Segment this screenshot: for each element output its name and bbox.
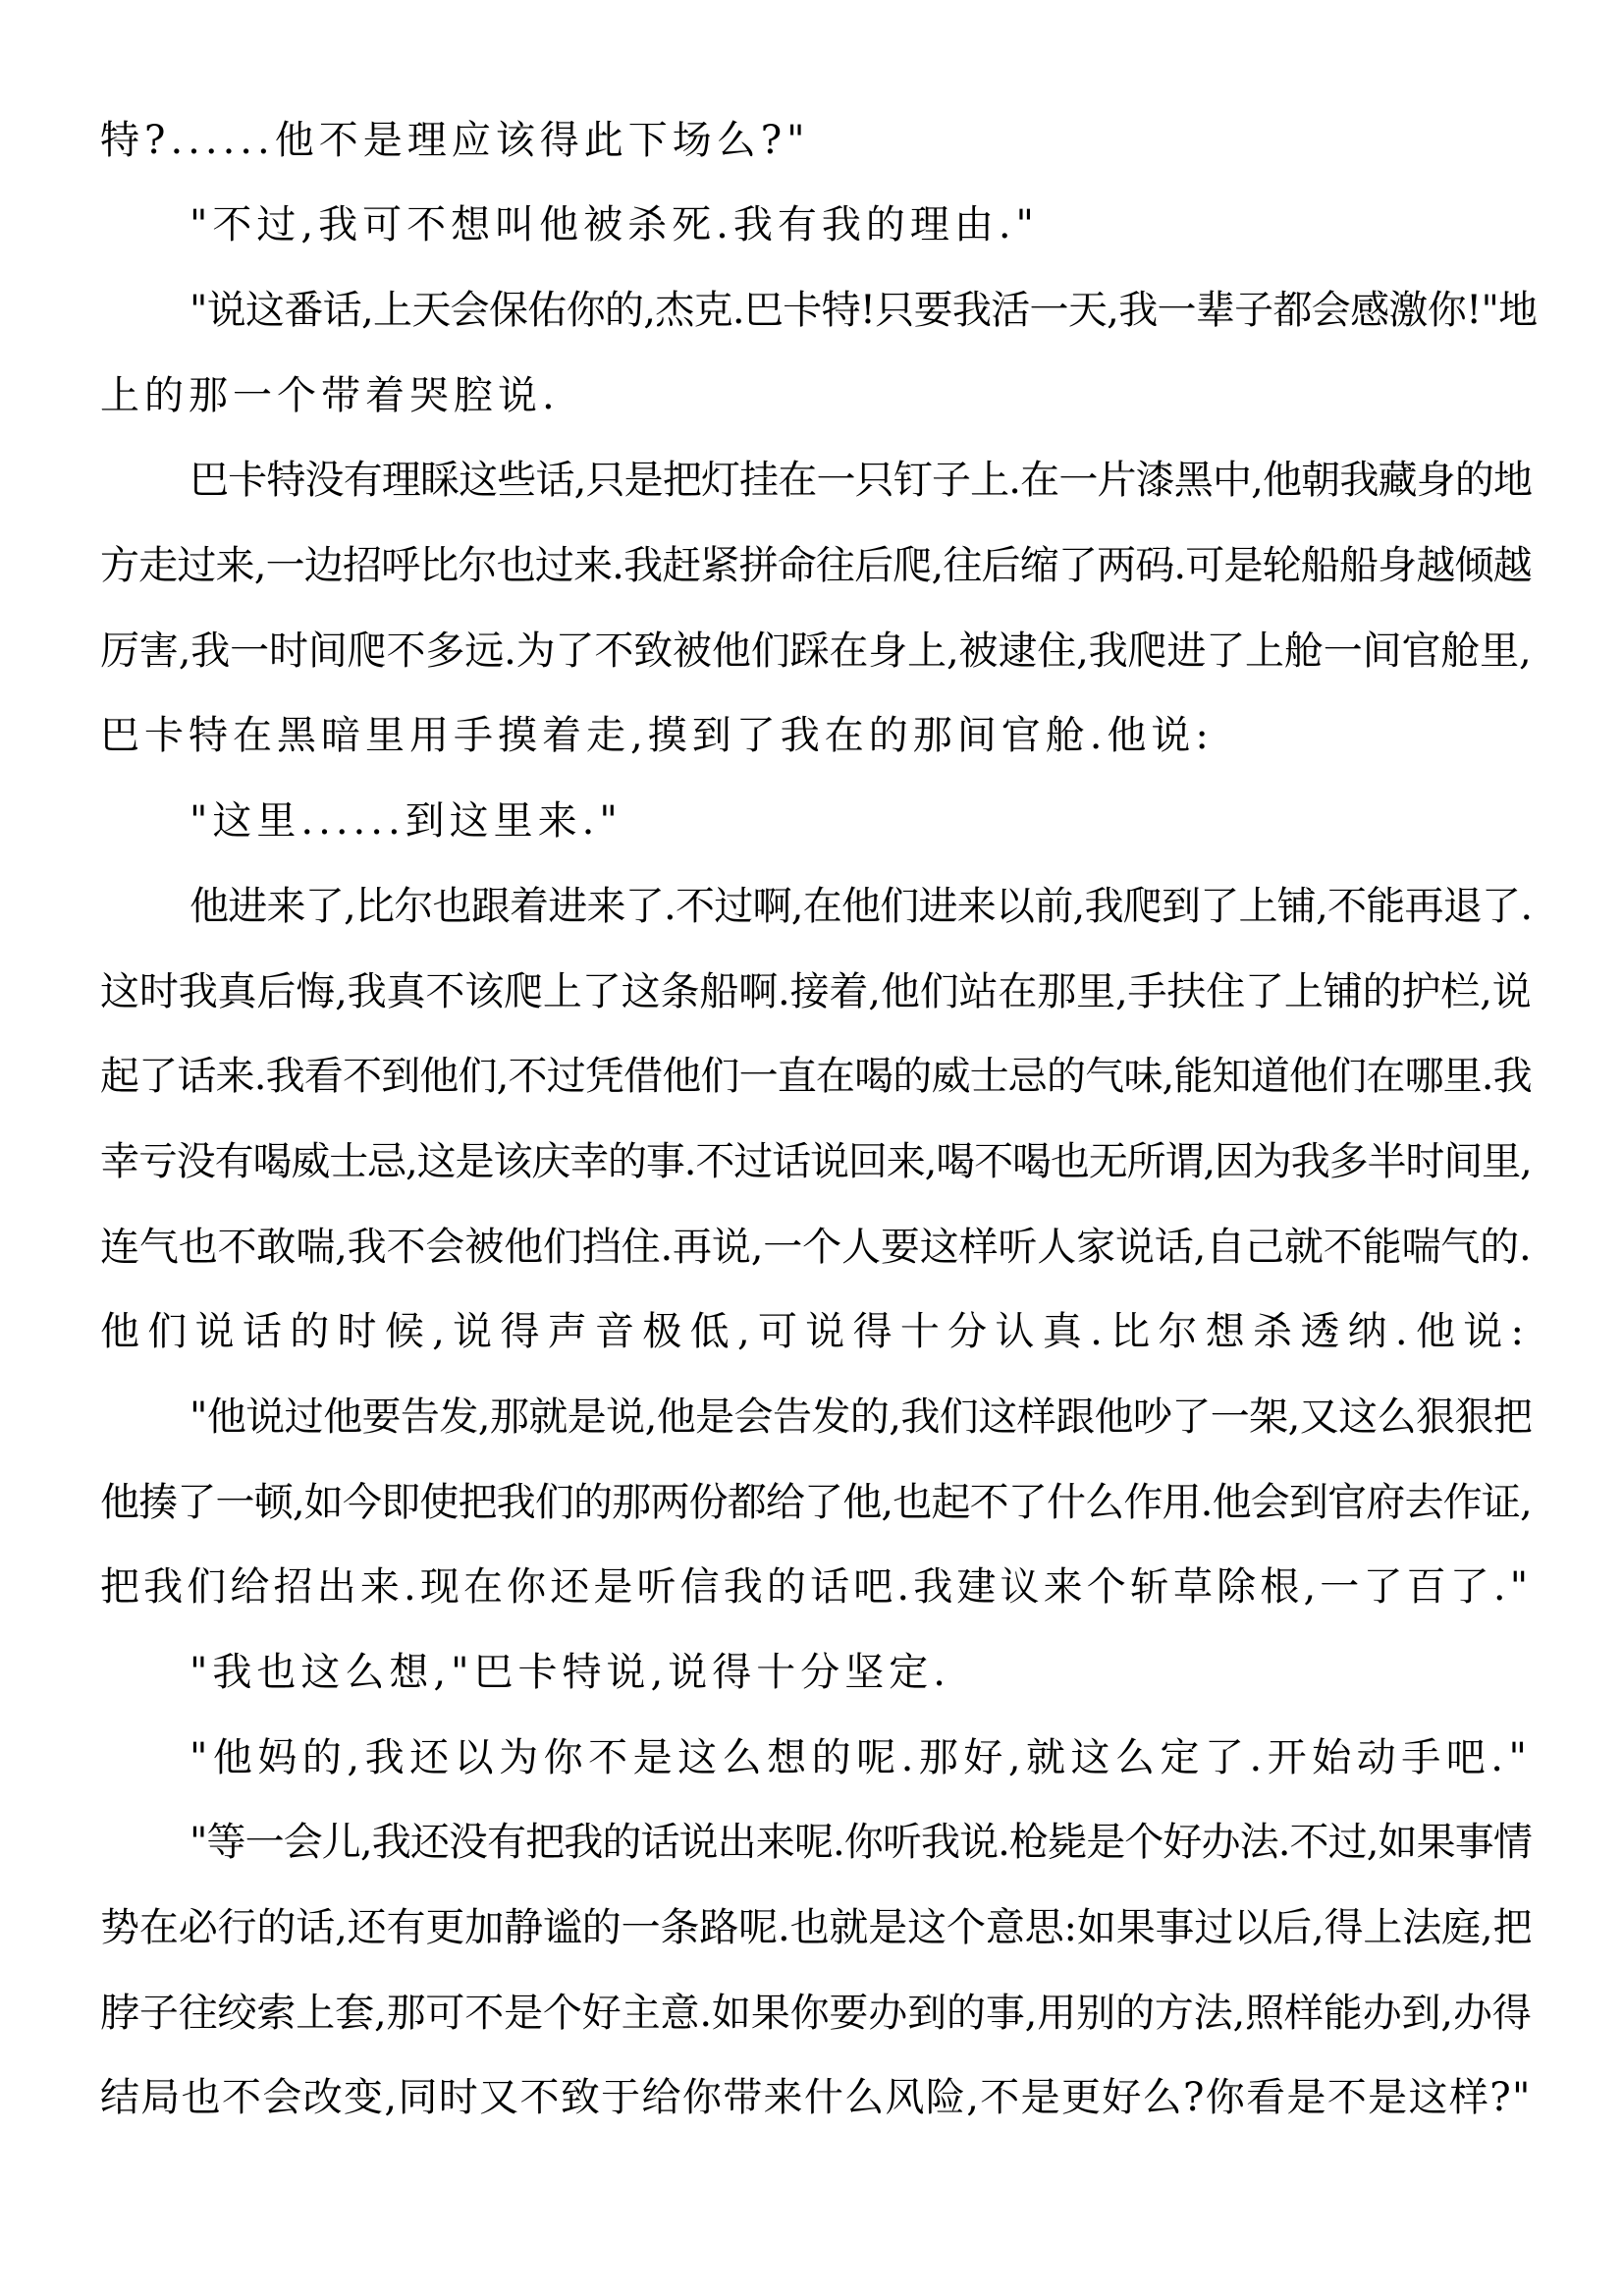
text-line: 特?......他不是理应该得此下场么?" — [100, 119, 810, 162]
text-line: 巴卡特没有理睬这些话,只是把灯挂在一只钉子上.在一片漆黑中,他朝我藏身的地 — [189, 459, 1532, 502]
document-page: 特?......他不是理应该得此下场么?" "不过,我可不想叫他被杀死.我有我的… — [0, 0, 1623, 2296]
text-line: 他揍了一顿,如今即使把我们的那两份都给了他,也起不了什么作用.他会到官府去作证, — [100, 1481, 1532, 1524]
text-line: 结局也不会改变,同时又不致于给你带来什么风险,不是更好么?你看是不是这样?" — [100, 2076, 1532, 2119]
text-line: 方走过来,一边招呼比尔也过来.我赶紧拼命往后爬,往后缩了两码.可是轮船船身越倾越 — [100, 544, 1532, 587]
text-line: 这时我真后悔,我真不该爬上了这条船啊.接着,他们站在那里,手扶住了上铺的护栏,说 — [100, 970, 1532, 1013]
text-line: "他说过他要告发,那就是说,他是会告发的,我们这样跟他吵了一架,又这么狠狠把 — [189, 1395, 1532, 1439]
text-line: "我也这么想,"巴卡特说,说得十分坚定. — [189, 1651, 950, 1694]
text-line: "说这番话,上天会保佑你的,杰克.巴卡特!只要我活一天,我一辈子都会感激你!"地 — [189, 289, 1538, 332]
text-line: 幸亏没有喝威士忌,这是该庆幸的事.不过话说回来,喝不喝也无所谓,因为我多半时间里… — [100, 1140, 1532, 1183]
text-line: "等一会儿,我还没有把我的话说出来呢.你听我说.枪毙是个好办法.不过,如果事情 — [189, 1821, 1532, 1864]
text-line: 起了话来.我看不到他们,不过凭借他们一直在喝的威士忌的气味,能知道他们在哪里.我 — [100, 1055, 1532, 1098]
text-line: 厉害,我一时间爬不多远.为了不致被他们踩在身上,被逮住,我爬进了上舱一间官舱里, — [100, 629, 1532, 673]
text-line: 他进来了,比尔也跟着进来了.不过啊,在他们进来以前,我爬到了上铺,不能再退了. — [189, 885, 1532, 928]
text-line: "不过,我可不想叫他被杀死.我有我的理由." — [189, 203, 1039, 246]
text-line: 巴卡特在黑暗里用手摸着走,摸到了我在的那间官舱.他说: — [100, 714, 1214, 757]
text-line: "这里......到这里来." — [189, 799, 622, 843]
text-line: "他妈的,我还以为你不是这么想的呢.那好,就这么定了.开始动手吧." — [189, 1736, 1532, 1779]
text-line: 脖子往绞索上套,那可不是个好主意.如果你要办到的事,用别的方法,照样能办到,办得 — [100, 1992, 1532, 2035]
text-line: 上的那一个带着哭腔说. — [100, 374, 560, 417]
text-line: 势在必行的话,还有更加静谧的一条路呢.也就是这个意思:如果事过以后,得上法庭,把 — [100, 1906, 1532, 1949]
text-line: 把我们给招出来.现在你还是听信我的话吧.我建议来个斩草除根,一了百了." — [100, 1565, 1532, 1609]
text-line: 他们说话的时候,说得声音极低,可说得十分认真.比尔想杀透纳.他说: — [100, 1310, 1532, 1353]
text-line: 连气也不敢喘,我不会被他们挡住.再说,一个人要这样听人家说话,自己就不能喘气的. — [100, 1226, 1532, 1269]
